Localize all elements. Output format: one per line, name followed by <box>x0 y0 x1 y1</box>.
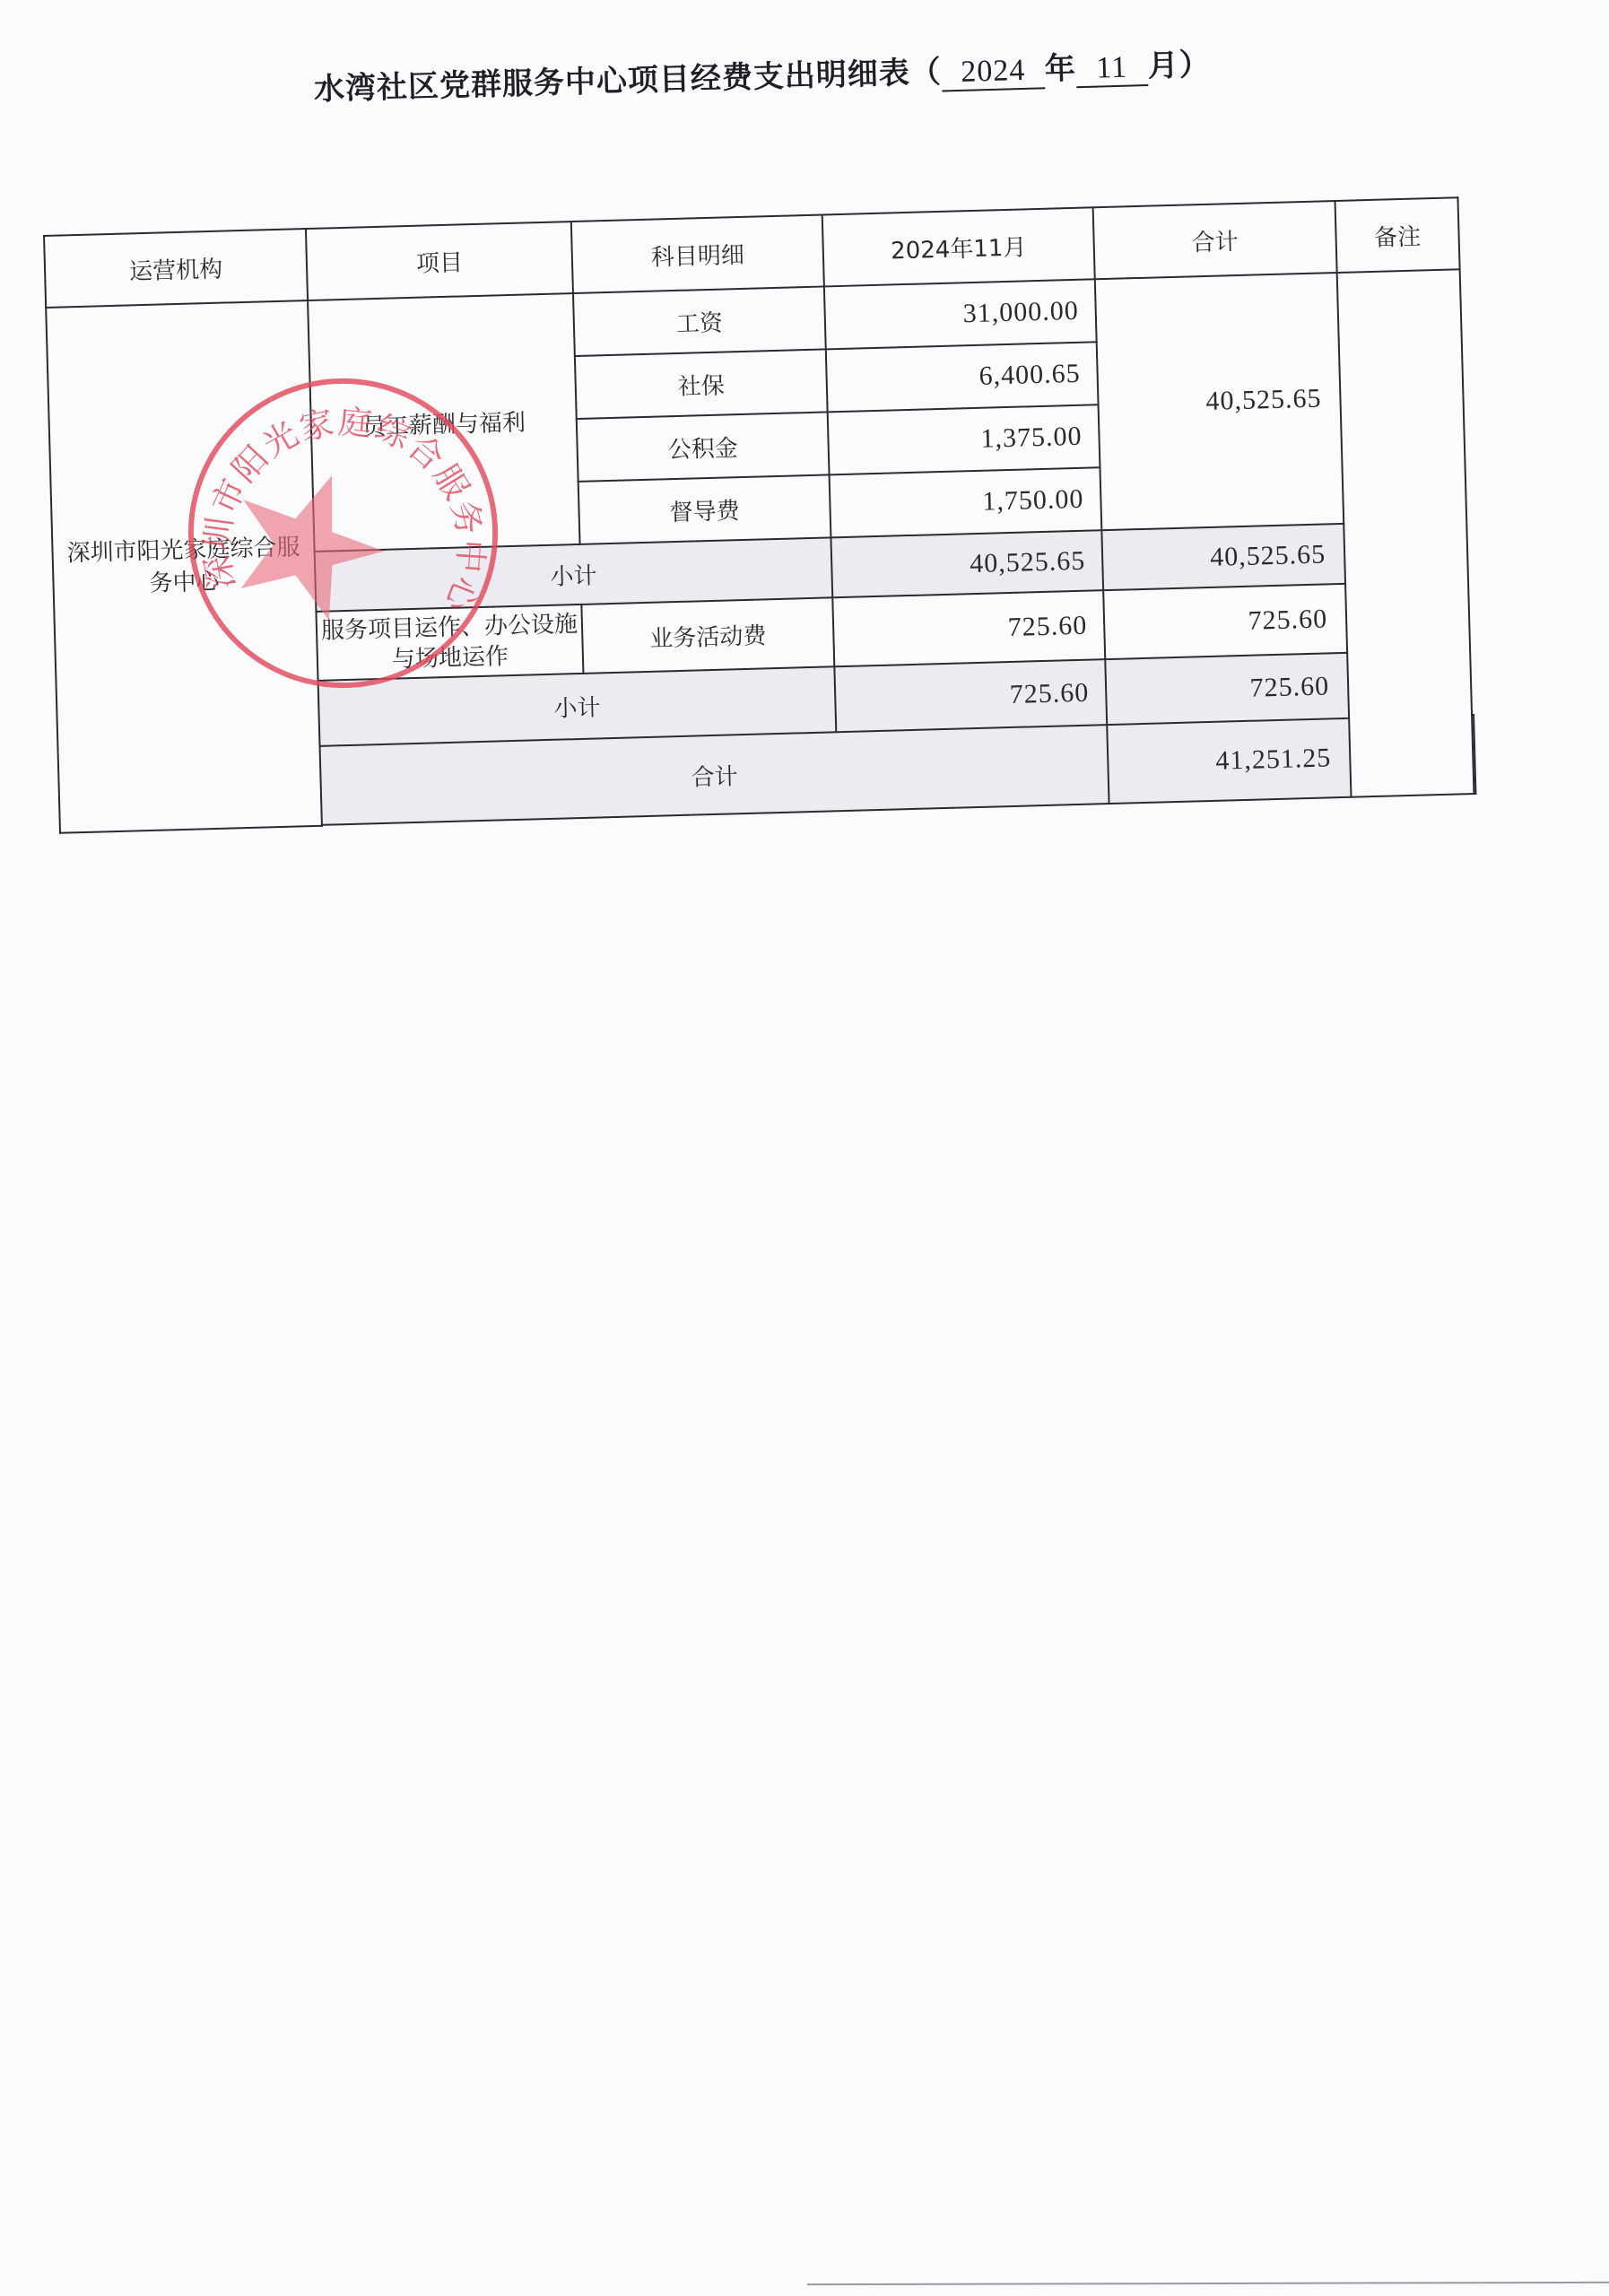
title-close: ） <box>1178 47 1211 83</box>
subtotal-month: 40,525.65 <box>831 530 1103 597</box>
header-remarks: 备注 <box>1335 197 1459 273</box>
header-month: 2024年11月 <box>822 207 1095 286</box>
item-amount: 31,000.00 <box>824 279 1097 349</box>
org-cell: 深圳市阳光家庭综合服务中心 <box>46 300 322 833</box>
header-total: 合计 <box>1093 201 1337 279</box>
scan-edge-line <box>807 2282 1609 2285</box>
group-total: 40,525.65 <box>1095 273 1344 530</box>
header-project: 项目 <box>306 222 573 300</box>
item-name: 工资 <box>573 286 826 356</box>
subtotal-month: 725.60 <box>834 659 1107 732</box>
item-name: 公积金 <box>577 412 830 482</box>
title-year-unit: 年 <box>1044 50 1076 87</box>
item-amount: 1,750.00 <box>830 467 1102 537</box>
page-title: 水湾社区党群服务中心项目经费支出明细表（2024年11月） <box>313 36 1336 109</box>
item-amount: 1,375.00 <box>828 404 1100 474</box>
item-total: 725.60 <box>1103 584 1347 659</box>
item-name: 督导费 <box>578 474 831 544</box>
item-name: 社保 <box>575 349 828 419</box>
grand-total-value: 41,251.25 <box>1107 718 1351 804</box>
subtotal-total: 40,525.65 <box>1101 524 1345 590</box>
project-cell: 员工薪酬与福利 <box>308 293 579 552</box>
header-org: 运营机构 <box>44 229 308 308</box>
subtotal-total: 725.60 <box>1105 653 1349 725</box>
title-text: 水湾社区党群服务中心项目经费支出明细表（ <box>314 54 943 108</box>
project-cell: 服务项目运作、办公设施与场地运作 <box>316 604 583 681</box>
item-amount: 6,400.65 <box>826 342 1099 412</box>
title-month-unit: 月 <box>1147 48 1179 84</box>
item-amount: 725.60 <box>832 590 1105 666</box>
expense-table: 运营机构 项目 科目明细 2024年11月 合计 备注 深圳市阳光家庭综合服务中… <box>43 196 1476 834</box>
header-detail: 科目明细 <box>571 214 824 293</box>
title-year: 2024 <box>941 53 1045 91</box>
expense-table-wrapper: 运营机构 项目 科目明细 2024年11月 合计 备注 深圳市阳光家庭综合服务中… <box>43 196 1476 834</box>
remarks-cell <box>1337 269 1474 796</box>
title-month: 11 <box>1075 50 1148 88</box>
item-name: 业务活动费 <box>581 597 834 674</box>
document-page: 水湾社区党群服务中心项目经费支出明细表（2024年11月） 运营机构 项目 科目… <box>0 0 1609 2296</box>
